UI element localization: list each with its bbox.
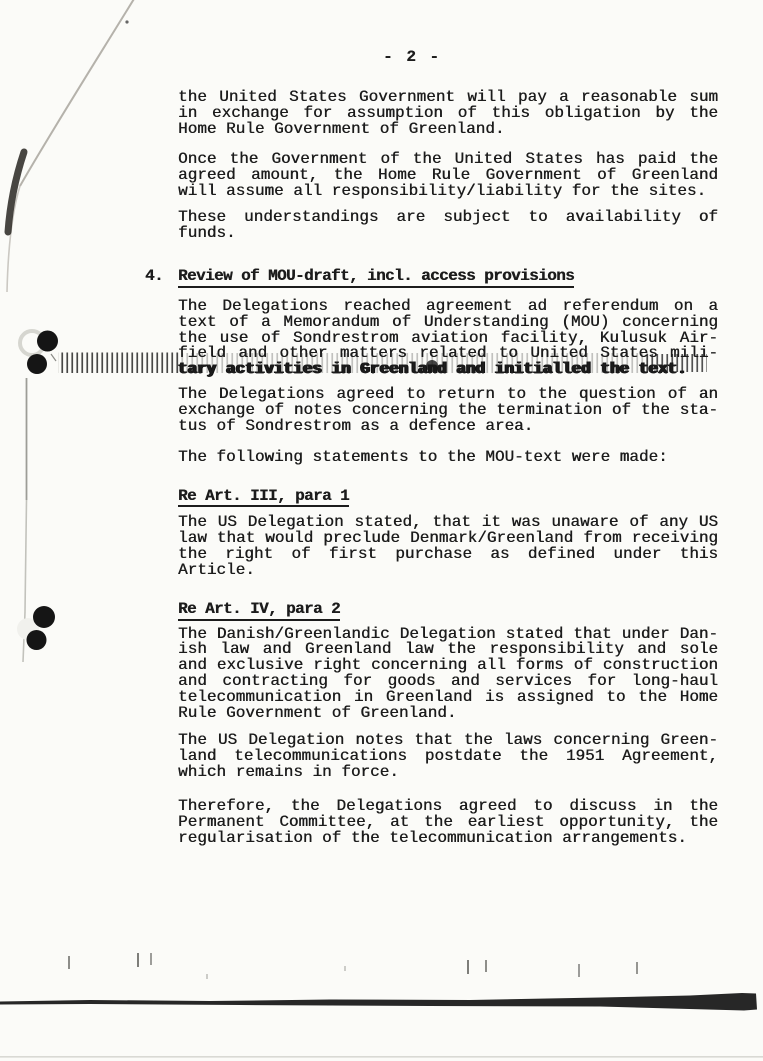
paragraph: These understandings are subject to avai… [178, 210, 718, 242]
sub-heading: Re Art. III, para 1 [178, 488, 718, 508]
heading-text: Re Art. IV, para 2 [178, 601, 340, 621]
sub-heading: Re Art. IV, para 2 [178, 601, 718, 621]
text-line: Home Rule Government of Greenland. [178, 122, 718, 138]
paragraph: Once the Government of the United States… [178, 152, 718, 200]
paragraph: The following statements to the MOU-text… [178, 450, 718, 466]
hole-punch-marks-bottom [17, 606, 55, 650]
section-heading: 4.Review of MOU-draft, incl. access prov… [178, 268, 718, 288]
paragraph: Therefore, the Delegations agreed to dis… [178, 799, 718, 847]
hole-punch-marks-top [20, 331, 58, 375]
paragraph: The US Delegation notes that the laws co… [178, 733, 718, 781]
bottom-edge-line [0, 1056, 763, 1058]
paragraph: The Delegations reached agreement ad ref… [178, 299, 718, 379]
bottom-scan-band [0, 993, 757, 1011]
paragraph: The Delegations agreed to return to the … [178, 387, 718, 435]
page-number: - 2 - [383, 48, 441, 66]
scanner-tick-marks [69, 953, 637, 979]
paragraph: The Danish/Greenlandic Delegation stated… [178, 627, 718, 722]
text-line: tary activities in Greenland and initial… [178, 362, 718, 378]
text-line: funds. [178, 226, 718, 242]
text-line: These understandings are subject to avai… [178, 210, 718, 226]
document-body: the United States Government will pay a … [178, 90, 718, 846]
heading-text: Re Art. III, para 1 [178, 488, 349, 508]
scanned-document-page: - 2 - the United States Government will … [0, 0, 763, 1061]
text-line: which remains in force. [178, 765, 718, 781]
paragraph: The US Delegation stated, that it was un… [178, 515, 718, 579]
text-line: Rule Government of Greenland. [178, 706, 718, 722]
text-line: will assume all responsibility/liability… [178, 184, 718, 200]
paragraph: the United States Government will pay a … [178, 90, 718, 138]
text-line: Article. [178, 563, 718, 579]
text-line: regularisation of the telecommunication … [178, 831, 718, 847]
left-edge-line [23, 378, 27, 662]
text-line: the right of first purchase as defined u… [178, 547, 718, 563]
text-line: The following statements to the MOU-text… [178, 450, 718, 466]
fold-crease-mark [7, 0, 137, 292]
heading-text: Review of MOU-draft, incl. access provis… [178, 268, 574, 288]
section-number: 4. [145, 268, 163, 284]
text-line: tus of Sondrestrom as a defence area. [178, 419, 718, 435]
